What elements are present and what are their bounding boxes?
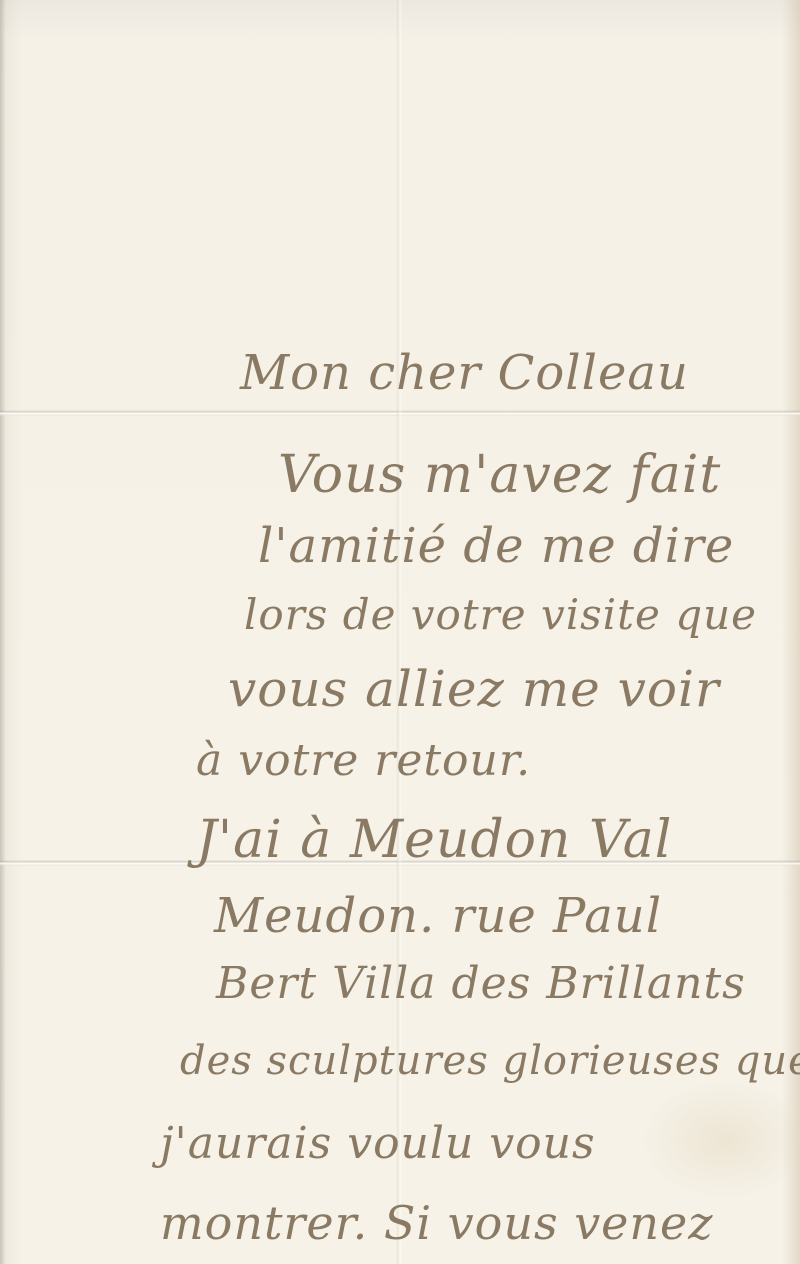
letter-line: l'amitié de me dire	[258, 518, 734, 574]
letter-line: Bert Villa des Brillants	[216, 958, 746, 1009]
letter-line: à votre retour.	[196, 735, 531, 786]
letter-line: des sculptures glorieuses que	[180, 1038, 800, 1084]
letter-line: vous alliez me voir	[228, 660, 720, 718]
letter-line: J'ai à Meudon Val	[196, 810, 672, 870]
letter-page: Mon cher Colleau Vous m'avez fait l'amit…	[0, 0, 800, 1264]
letter-line: Vous m'avez fait	[278, 445, 721, 505]
salutation: Mon cher Colleau	[240, 345, 689, 401]
letter-line: j'aurais voulu vous	[160, 1118, 596, 1169]
paper-stain	[640, 1080, 800, 1200]
letter-line: Meudon. rue Paul	[214, 888, 662, 944]
letter-line: lors de votre visite que	[244, 590, 757, 639]
letter-line: montrer. Si vous venez	[160, 1196, 714, 1250]
